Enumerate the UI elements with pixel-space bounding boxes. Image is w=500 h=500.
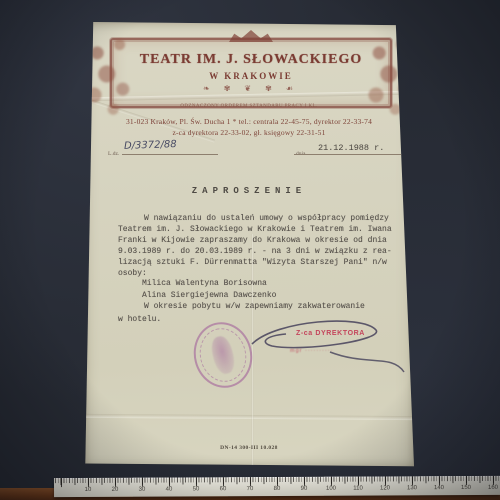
theatre-city: W KRAKOWIE <box>112 71 390 81</box>
theatre-name: TEATR IM. J. SŁOWACKIEGO <box>112 52 390 68</box>
document-paper: TEATR IM. J. SŁOWACKIEGO W KRAKOWIE ❧ ✾ … <box>84 22 414 468</box>
ruler-number: 90 <box>301 486 308 492</box>
ruler-number: 150 <box>461 485 471 491</box>
handwritten-signature <box>234 310 414 382</box>
form-print-code: DN-14 300-III 10.028 <box>84 445 414 451</box>
letterhead-banner: TEATR IM. J. SŁOWACKIEGO W KRAKOWIE ❧ ✾ … <box>110 38 392 108</box>
photo-background: TEATR IM. J. SŁOWACKIEGO W KRAKOWIE ❧ ✾ … <box>0 0 500 500</box>
document-date: 21.12.1988 r. <box>318 143 384 153</box>
ruler-number: 10 <box>85 487 92 493</box>
ruler-number: 40 <box>166 487 173 493</box>
ruler-number: 110 <box>353 486 363 492</box>
ruler: 10 20 30 40 50 60 70 80 90 100 110 120 1… <box>54 476 500 497</box>
reference-underline <box>122 154 218 155</box>
body-line: W nawiązaniu do ustaleń umowy o współpra… <box>118 213 398 224</box>
ruler-number: 20 <box>112 487 119 493</box>
body-line: lizacją sztuki F. Dürrenmatta "Wizyta St… <box>118 257 398 268</box>
paper-crease <box>84 414 414 420</box>
ruler-number: 100 <box>326 486 336 492</box>
medal-line: ODZNACZONY ORDEREM SZTANDARU PRACY I KL. <box>84 104 414 109</box>
reference-label: L.dz. <box>108 151 119 157</box>
guest-names: Milica Walentyna Borisowna Alina Siergie… <box>142 278 276 302</box>
body-line: 9.03.1989 r. do 20.03.1989 r. - na 3 dni… <box>118 246 398 257</box>
body-line: Teatrem im. J. Słowackiego w Krakowie i … <box>118 224 398 235</box>
ruler-number: 120 <box>380 485 390 491</box>
ruler-number: 130 <box>407 485 417 491</box>
crest-icon <box>229 30 273 42</box>
guest-name: Milica Walentyna Borisowna <box>142 278 276 290</box>
body-line: Franki w Kijowie zapraszamy do Krakowa w… <box>118 235 398 246</box>
address-line: z-ca dyrektora 22-33-02, gł. księgowy 22… <box>84 128 414 137</box>
address-line: 31-023 Kraków, Pl. Św. Ducha 1 * tel.: c… <box>84 117 414 126</box>
ruler-number: 60 <box>220 486 227 492</box>
date-underline <box>294 154 406 155</box>
reference-number-handwritten: D/3372/88 <box>124 139 177 152</box>
ruler-number: 80 <box>274 486 281 492</box>
body-paragraph-1: W nawiązaniu do ustaleń umowy o współpra… <box>118 213 398 279</box>
ruler-number: 70 <box>247 486 254 492</box>
document-title: ZAPROSZENIE <box>84 186 414 196</box>
ornament-row: ❧ ✾ ❦ ✾ ☙ <box>112 84 390 93</box>
ruler-number: 50 <box>193 486 200 492</box>
ruler-number: 30 <box>139 487 146 493</box>
ruler-number: 140 <box>434 485 444 491</box>
ruler-number: 160 <box>488 485 498 491</box>
